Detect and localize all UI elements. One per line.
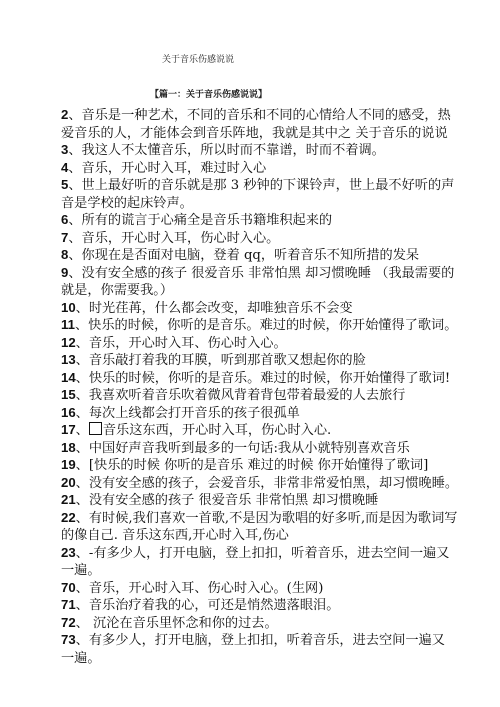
text-line: 20、没有安全感的孩子，会爱音乐，非常非常爱怕黑，却习惯晚睡。 bbox=[61, 474, 461, 492]
item-text-continued: 音乐这东西，开心时入耳，伤心时入心. bbox=[103, 423, 331, 438]
text-line: 18、中国好声音我听到最多的一句话:我从小就特别喜欢音乐 bbox=[61, 439, 461, 457]
text-line: 16、每次上线都会打开音乐的孩子很孤单 bbox=[61, 404, 461, 422]
item-number: 18 bbox=[61, 440, 76, 455]
item-text: 、你现在是否面对电脑，登着 qq，听着音乐不知所措的发呆 bbox=[68, 248, 419, 263]
text-line: 19、[快乐的时候 你听的是音乐 难过的时候 你开始懂得了歌词] bbox=[61, 456, 461, 474]
item-number: 73 bbox=[61, 632, 76, 647]
text-line: 17、音乐这东西，开心时入耳，伤心时入心. bbox=[61, 421, 461, 439]
item-text: 、世上最好听的音乐就是那 3 秒钟的下课铃声，世上最不好听的声 bbox=[68, 178, 454, 193]
text-line: 音是学校的起床铃声。 bbox=[61, 194, 461, 212]
item-number: 17 bbox=[61, 422, 76, 437]
item-text: 、音乐，开心时入耳、伤心时入心。(生网) bbox=[76, 581, 324, 596]
item-text: 、音乐是一种艺术，不同的音乐和不同的心情给人不同的感受，热 bbox=[68, 108, 450, 123]
text-line: 23、-有多少人，打开电脑，登上扣扣，听着音乐，进去空间一遍又 bbox=[61, 544, 461, 562]
item-text: 、音乐，开心时入耳、伤心时入心。 bbox=[76, 336, 287, 351]
item-text: 音是学校的起床铃声。 bbox=[61, 196, 193, 211]
text-line: 4、音乐，开心时入耳，难过时入心 bbox=[61, 159, 461, 177]
text-line: 6、所有的谎言于心痛全是音乐书籍堆积起来的 bbox=[61, 211, 461, 229]
item-text: 、时光荏苒，什么都会改变，却唯独音乐不会变 bbox=[76, 301, 353, 316]
text-line: 一遍。 bbox=[61, 649, 461, 667]
item-number: 72 bbox=[61, 615, 76, 630]
item-text: 、音乐，开心时入耳，难过时入心 bbox=[68, 161, 266, 176]
item-number: 23 bbox=[61, 545, 76, 560]
item-number: 14 bbox=[61, 370, 76, 385]
text-line: 7、音乐，开心时入耳，伤心时入心。 bbox=[61, 229, 461, 247]
item-text: 、每次上线都会打开音乐的孩子很孤单 bbox=[76, 406, 300, 421]
item-text: 、 bbox=[76, 423, 89, 438]
text-line: 73、有多少人，打开电脑，登上扣扣，听着音乐，进去空间一遍又 bbox=[61, 631, 461, 649]
item-text: 、我这人不太懂音乐，所以时而不靠谱，时而不着调。 bbox=[68, 143, 385, 158]
item-text: 、-有多少人，打开电脑，登上扣扣，听着音乐，进去空间一遍又 bbox=[76, 546, 450, 561]
item-number: 22 bbox=[61, 510, 76, 525]
item-number: 19 bbox=[61, 457, 76, 472]
item-text: 、中国好声音我听到最多的一句话:我从小就特别喜欢音乐 bbox=[76, 441, 410, 456]
item-text: 、音乐敲打着我的耳膜，听到那首歌又想起你的脸 bbox=[76, 353, 366, 368]
item-text: 、所有的谎言于心痛全是音乐书籍堆积起来的 bbox=[68, 213, 332, 228]
item-text: 一遍。 bbox=[61, 563, 101, 578]
text-line: 10、时光荏苒，什么都会改变，却唯独音乐不会变 bbox=[61, 299, 461, 317]
text-line: 70、音乐，开心时入耳、伤心时入心。(生网) bbox=[61, 579, 461, 597]
item-text: 、没有安全感的孩子，会爱音乐，非常非常爱怕黑，却习惯晚睡。 bbox=[76, 476, 458, 491]
text-line: 5、世上最好听的音乐就是那 3 秒钟的下课铃声，世上最不好听的声 bbox=[61, 176, 461, 194]
item-number: 71 bbox=[61, 597, 76, 612]
document-body: 2、音乐是一种艺术，不同的音乐和不同的心情给人不同的感受，热爱音乐的人，才能体会… bbox=[61, 106, 461, 666]
item-text: 、 沉沦在音乐里怀念和你的过去。 bbox=[76, 616, 278, 631]
item-text: 的像自己. 音乐这东西,开心时入耳,伤心 bbox=[61, 528, 289, 543]
item-text: 、音乐治疗着我的心，可还是悄然遗落眼泪。 bbox=[76, 598, 340, 613]
text-line: 爱音乐的人，才能体会到音乐阵地，我就是其中之 关于音乐的说说 bbox=[61, 124, 461, 142]
text-line: 2、音乐是一种艺术，不同的音乐和不同的心情给人不同的感受，热 bbox=[61, 106, 461, 124]
item-text: 爱音乐的人，才能体会到音乐阵地，我就是其中之 关于音乐的说说 bbox=[61, 126, 448, 141]
text-line: 14、快乐的时候，你听的是音乐。难过的时候，你开始懂得了歌词! bbox=[61, 369, 461, 387]
item-text: 、有时候,我们喜欢一首歌,不是因为歌唱的好多听,而是因为歌词写 bbox=[76, 511, 458, 526]
text-line: 9、没有安全感的孩子 很爱音乐 非常怕黑 却习惯晚睡 （我最需要的 bbox=[61, 264, 461, 282]
item-number: 70 bbox=[61, 580, 76, 595]
item-text: 一遍。 bbox=[61, 651, 101, 666]
item-text: 、快乐的时候，你听的是音乐。难过的时候，你开始懂得了歌词! bbox=[76, 371, 451, 386]
item-text: 、音乐，开心时入耳，伤心时入心。 bbox=[68, 231, 279, 246]
text-line: 就是，你需要我。） bbox=[61, 281, 461, 299]
text-line: 一遍。 bbox=[61, 561, 461, 579]
item-text: 、有多少人，打开电脑，登上扣扣，听着音乐，进去空间一遍又 bbox=[76, 633, 445, 648]
text-line: 8、你现在是否面对电脑，登着 qq，听着音乐不知所措的发呆 bbox=[61, 246, 461, 264]
item-number: 10 bbox=[61, 300, 76, 315]
item-text: 、没有安全感的孩子 很爱音乐 非常怕黑 却习惯晚睡 （我最需要的 bbox=[68, 266, 454, 281]
item-text: 、我喜欢听着音乐吹着微风背着背包带着最爱的人去旅行 bbox=[76, 388, 406, 403]
item-number: 21 bbox=[61, 492, 76, 507]
document-title: 关于音乐伤感说说 bbox=[0, 52, 500, 65]
text-line: 3、我这人不太懂音乐，所以时而不靠谱，时而不着调。 bbox=[61, 141, 461, 159]
item-number: 20 bbox=[61, 475, 76, 490]
text-line: 11、快乐的时候，你听的是音乐。难过的时候，你开始懂得了歌词。 bbox=[61, 316, 461, 334]
item-text: 就是，你需要我。） bbox=[61, 283, 173, 298]
item-number: 12 bbox=[61, 335, 76, 350]
text-line: 22、有时候,我们喜欢一首歌,不是因为歌唱的好多听,而是因为歌词写 bbox=[61, 509, 461, 527]
item-number: 15 bbox=[61, 387, 76, 402]
text-line: 12、音乐，开心时入耳、伤心时入心。 bbox=[61, 334, 461, 352]
text-line: 15、我喜欢听着音乐吹着微风背着背包带着最爱的人去旅行 bbox=[61, 386, 461, 404]
text-line: 13、音乐敲打着我的耳膜，听到那首歌又想起你的脸 bbox=[61, 351, 461, 369]
text-line: 21、没有安全感的孩子 很爱音乐 非常怕黑 却习惯晚睡 bbox=[61, 491, 461, 509]
item-text: 、[快乐的时候 你听的是音乐 难过的时候 你开始懂得了歌词] bbox=[76, 458, 429, 473]
item-text: 、快乐的时候，你听的是音乐。难过的时候，你开始懂得了歌词。 bbox=[75, 318, 457, 333]
missing-glyph-box-icon bbox=[89, 422, 102, 435]
text-line: 72、 沉沦在音乐里怀念和你的过去。 bbox=[61, 614, 461, 632]
text-line: 71、音乐治疗着我的心，可还是悄然遗落眼泪。 bbox=[61, 596, 461, 614]
text-line: 的像自己. 音乐这东西,开心时入耳,伤心 bbox=[61, 526, 461, 544]
item-number: 13 bbox=[61, 352, 76, 367]
document-subtitle: 【篇一：关于音乐伤感说说】 bbox=[150, 87, 267, 100]
item-number: 11 bbox=[61, 317, 75, 332]
item-number: 16 bbox=[61, 405, 76, 420]
item-text: 、没有安全感的孩子 很爱音乐 非常怕黑 却习惯晚睡 bbox=[76, 493, 379, 508]
